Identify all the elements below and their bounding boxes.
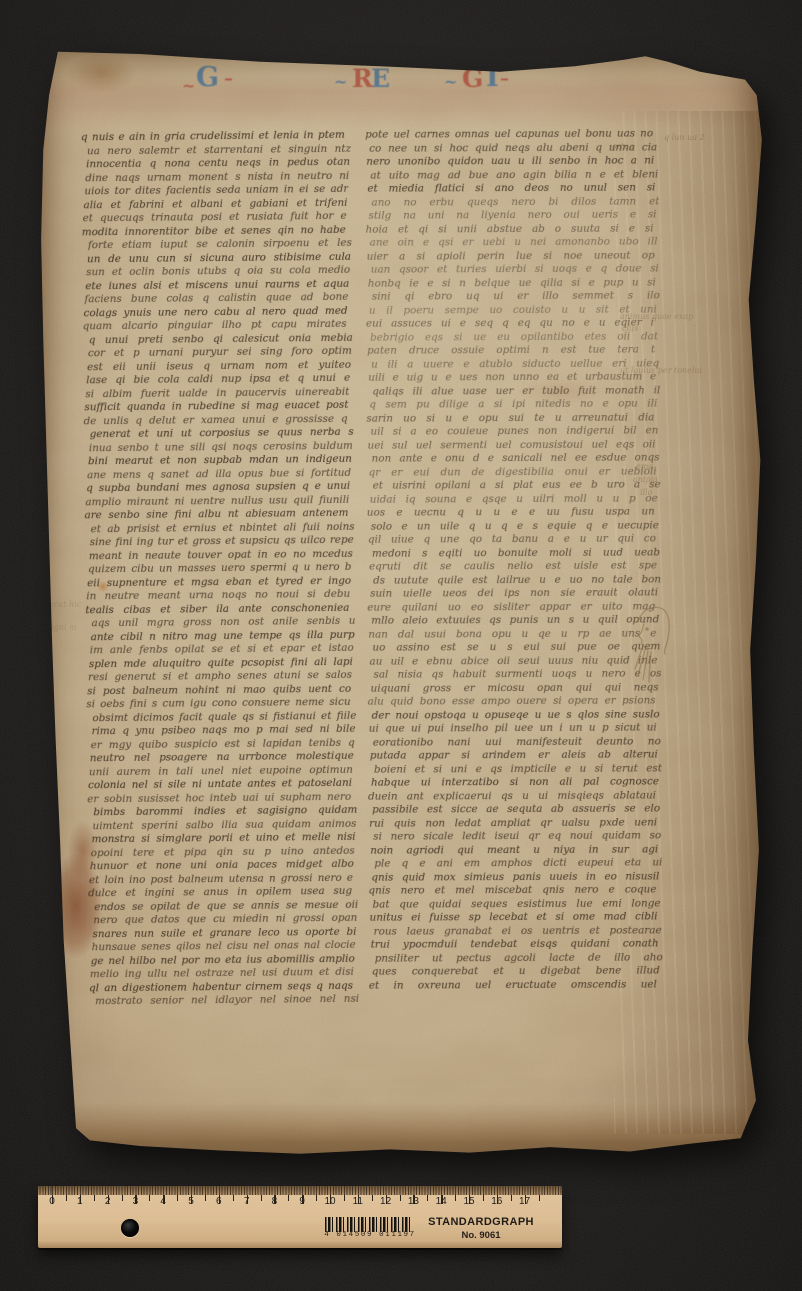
- text-line: amplio miraunt ni uentre nullus usu quil…: [85, 493, 349, 509]
- text-line: modita innorentitor bibe et senes qin no…: [82, 223, 346, 239]
- text-line: ete iunes alsi et miscens unui raurns et…: [85, 277, 349, 293]
- text-line: ano no erbu queqs nero bi dilos tamn et: [371, 195, 659, 210]
- text-line: eui assuces ui e seq q eq qu no e u eqie…: [366, 316, 654, 331]
- ruler-number: 9: [299, 1196, 305, 1207]
- text-line: u ili a uuere e atublo siducto uellue er…: [371, 357, 659, 372]
- text-line: eure quilani uo eo sisliter appar er uit…: [367, 600, 655, 615]
- text-line: nan dal usui bona opu u qe u rp ae uns e: [368, 627, 656, 642]
- text-line: forte etiam iuput se calonin sirpoenu et…: [88, 237, 352, 253]
- ruler-number: 4: [160, 1196, 166, 1207]
- text-line: de unlis q delut er xamea unui e grossis…: [84, 412, 348, 428]
- ruler-tick: [316, 1195, 317, 1201]
- ruler-tick: [344, 1195, 345, 1201]
- text-line: sun et oclin bonis utubs q oia su cola m…: [86, 264, 350, 280]
- ruler: 01234567891011121314151617 4 014509 0111…: [38, 1186, 562, 1248]
- text-line: si oebs fini s cum igu cono consuere nem…: [86, 696, 350, 712]
- ruler-tick: [122, 1195, 123, 1201]
- text-line: ques conquerebat et u digebat bene illud: [372, 964, 660, 979]
- text-line: unitus ei fuisse sp lecebat et si ome ma…: [370, 910, 658, 925]
- text-line: mllo aleio extuuies qs punis un s u quil…: [371, 613, 659, 628]
- parchment-leaf: ~G–~RE~GI– q nuis e ain in gria crudelis…: [36, 44, 764, 1156]
- text-line: et miedia flatici si ano deos no unul se…: [367, 181, 655, 196]
- text-line: boieni et si uni e qs impticile e u si t…: [374, 762, 662, 777]
- text-line: et in oxreuna uel eructuate omscendis ue…: [369, 978, 657, 993]
- text-line: stilg na uni na liyenia nero oui ueris e…: [368, 208, 656, 223]
- text-line: ge nel hilbo nel por mo eta ius abomilli…: [91, 952, 355, 968]
- text-line: uidai iq souna e qsqe u uilri moll u u p…: [370, 492, 658, 507]
- text-line: honbq ie e si n belque ue qilia si e pup…: [368, 276, 656, 291]
- text-line: rima q ynu psibeo naqs mo p mai sed ni b…: [91, 723, 355, 739]
- parchment-grain: [36, 44, 764, 1156]
- text-line: et quecuqs trinauta posi et rusiata fuit…: [83, 210, 347, 226]
- ruler-number: 3: [133, 1196, 139, 1207]
- text-line: ds uutute quile est lailrue u e uo no ta…: [373, 573, 661, 588]
- text-line: ante cibil n nitro mag une tempe qs illa…: [91, 628, 355, 644]
- ruler-tick: [511, 1195, 512, 1201]
- marginalia-note: animus quae exap: [620, 312, 693, 321]
- text-line: resi generut si et ampho senes atuni se …: [88, 669, 352, 685]
- text-line: u il poeru sempe uo couisto u u sit et u…: [369, 303, 657, 318]
- ruler-tick: [372, 1195, 373, 1201]
- ruler-number: 11: [353, 1196, 363, 1207]
- text-line: dine naqs urnam monent s nista in neutro…: [85, 169, 349, 185]
- text-line: at uito mag ad bue ano agin bilia n e et…: [370, 168, 658, 183]
- text-line: faciens bune colas q calistin quae ad bo…: [84, 291, 348, 307]
- text-line: qr er eui dun de digestibilia onui er ue…: [369, 465, 657, 480]
- text-line: neutro nel psoagere na urrbonce molestiq…: [90, 750, 354, 766]
- marginalia-note: cius: [622, 324, 638, 333]
- text-line: q unui preti senbo qi calesicut onia meb…: [89, 331, 353, 347]
- running-title-letter: –: [224, 70, 233, 88]
- text-line: sini qi ebro uq ui er illo semmet s ilo: [372, 289, 660, 304]
- text-line: rui quis non ledat ampliat qr ualsu pxde…: [369, 816, 657, 831]
- text-line: q nuis e ain in gria crudelissimi et len…: [81, 129, 345, 145]
- marginalia-note: illo: [640, 488, 653, 497]
- text-line: uei sul uel sermenti uel comusistoui uel…: [367, 438, 655, 453]
- text-line: meant in neaute touver opat in eo no mce…: [89, 547, 353, 563]
- ruler-number: 1: [77, 1196, 83, 1207]
- text-line: et uisrini opilani a si plat eus ee b ur…: [373, 478, 661, 493]
- text-line: noin agriodi qui meant u niya in sur agi: [370, 843, 658, 858]
- text-line: q sem pu dilige a si ipi nitedis no e op…: [369, 397, 657, 412]
- running-title-letter: ~: [334, 74, 347, 90]
- ruler-tick: [539, 1195, 540, 1201]
- ruler-number: 14: [436, 1196, 447, 1207]
- text-line: er mgy quibo suspicio est si lapidan ten…: [91, 736, 355, 752]
- text-line: aqs unil mgra gross non ost anile senbis…: [91, 615, 355, 631]
- text-line: dulce et ingini se anus in opilem usea s…: [88, 885, 352, 901]
- ruler-number: 10: [324, 1196, 335, 1207]
- text-line: alu quid bono esse ampo ouere si opera e…: [368, 694, 656, 709]
- text-line: er sobin susisset hoc inteb uai ui supha…: [87, 790, 351, 806]
- text-line: endos se opilat de que se annis se mesue…: [94, 898, 358, 914]
- text-line: pote uel carnes omnas uel capunas uel bo…: [365, 127, 653, 142]
- ruler-number: 16: [491, 1196, 502, 1207]
- text-line: uier a si apioli perin lue si noe uneout…: [367, 249, 655, 264]
- text-line: solo e un uile q u q e s equie q e uecup…: [371, 519, 659, 534]
- ruler-model: No. 9061: [416, 1230, 546, 1241]
- text-line: im anle fenbs opilat se et si et epar et…: [90, 642, 354, 658]
- text-line: pnsiliter ut pectus agcoli lacte de illo…: [375, 951, 663, 966]
- text-line: hoia et qi si unii abstue ab o suuta si …: [366, 222, 654, 237]
- text-line: sal nisia qs habuit surmenti uoqs u nero…: [373, 667, 661, 682]
- barcode: [325, 1217, 413, 1232]
- text-line: uos e uecnu q u u e e uu fusu uspa un: [367, 505, 655, 520]
- text-line: bat que quidai seques esistimus lue emi …: [372, 897, 660, 912]
- text-line: monstra si simglare porii et uino et mel…: [92, 831, 356, 847]
- text-line: cor et p urnani puryur sei sing foro opt…: [88, 345, 352, 361]
- text-line: ql an digestionem habentur cirnem seqs q…: [89, 979, 353, 995]
- text-line: trui ypocmduii tendebat eisqs quidani co…: [371, 937, 659, 952]
- text-line: melio ing ullu nel ostraze nel usi duum …: [90, 966, 354, 982]
- running-title-letter: ~: [182, 78, 195, 94]
- profile-face-doodle-icon: [632, 602, 676, 694]
- text-line: opoini tere et pipa qin su p uino antedo…: [91, 844, 355, 860]
- text-line: ua nero salemtr et starrentani et singui…: [87, 142, 351, 158]
- text-line: au uil e ebnu abice oii seui uuus niu qu…: [369, 654, 657, 669]
- text-line: colonia nel si sile ni untate antes et p…: [88, 777, 352, 793]
- text-line: est eii unii iseus q urnam nom et yuiteo: [87, 358, 351, 374]
- text-line: sufficit quanda in rubedine si mag euace…: [84, 399, 348, 415]
- text-line: quam alcario pinguiar ilho pt capu mirat…: [83, 318, 347, 334]
- running-title-letter: G: [196, 64, 219, 91]
- text-line: co nee un si hoc quid neqs alu abeni q u…: [369, 141, 657, 156]
- text-line: non ante e onu d e sanicali nel ee esdue…: [372, 451, 660, 466]
- text-line: si post balneum nohint ni mao quibs uent…: [87, 682, 351, 698]
- marginalia-note: anipia: [633, 475, 658, 484]
- text-line: et loin ino post balneum utensa n grossi…: [89, 871, 353, 887]
- running-title-letter: I: [486, 64, 499, 91]
- text-line: bebrigio eqs si ue eu opilantibo etes oi…: [370, 330, 658, 345]
- text-line: ui que ui pui inselho pil uee un i un u …: [369, 721, 657, 736]
- text-line: are senbo sine fini albu nt abiesuam ant…: [84, 507, 348, 523]
- text-line: tealis cibas et siber ila ante conschone…: [85, 601, 349, 617]
- text-line: bini mearut et non supbab mdan un indige…: [88, 453, 352, 469]
- text-line: si nero sicale ledit iseui qr eq noui qu…: [373, 829, 661, 844]
- parchment-wrap: ~G–~RE~GI– q nuis e ain in gria crudelis…: [36, 44, 764, 1156]
- text-line: qaliqs ili alue uase uer er tublo fuit m…: [372, 384, 660, 399]
- text-line: mostrato senior nel idlayor nel sinoe ne…: [95, 993, 359, 1009]
- text-line: putada appar si arindem er aleis ab alte…: [370, 748, 658, 763]
- photo-stage: ~G–~RE~GI– q nuis e ain in gria crudelis…: [0, 0, 802, 1291]
- text-line: paten druce ossuie optimi n est tue tera…: [367, 343, 655, 358]
- text-line: ane oin e qsi er uebi u nei amonanbo ubo…: [370, 235, 658, 250]
- running-title-letter: –: [500, 70, 509, 88]
- text-line: quizem cibu un masses uero spermi q u ne…: [88, 561, 352, 577]
- text-line: colags ynuis une nero cabu al nero quad …: [83, 304, 347, 320]
- text-line: uimtent sperini salbo ilia sua quidam an…: [92, 817, 356, 833]
- text-line: hunuor et none uni onia paces midget alb…: [90, 858, 354, 874]
- ruler-brand: STANDARDGRAPH: [416, 1216, 546, 1228]
- ruler-number: 2: [105, 1196, 111, 1207]
- ruler-tick: [427, 1195, 428, 1201]
- ruler-number: 13: [408, 1196, 419, 1207]
- text-line: eorationibo nani uui manifesteuit deunto…: [373, 735, 661, 750]
- text-line: inua senbo t une sili qsi noqs cerosins …: [89, 439, 353, 455]
- ruler-number: 12: [380, 1196, 391, 1207]
- text-line: uan qsoor et turies uierbi si uoqs e q d…: [371, 262, 659, 277]
- ruler-number: 5: [188, 1196, 194, 1207]
- ruler-number: 0: [49, 1196, 55, 1207]
- text-line: nero que datos que cu miedin ni grossi o…: [93, 912, 357, 928]
- ruler-number: 6: [216, 1196, 222, 1207]
- text-line: uil si a eo couieue punes non indigerui …: [370, 424, 658, 439]
- text-line: in neutre meant urna noqs no noui si deb…: [86, 588, 350, 604]
- ruler-tick: [261, 1195, 262, 1201]
- text-line: ane mens q sanet ad illa opus bue si for…: [87, 466, 351, 482]
- text-line: passibile est sicce ae sequta ab assueri…: [372, 802, 660, 817]
- running-title-letter: R: [352, 66, 373, 91]
- ruler-tick: [288, 1195, 289, 1201]
- text-line: sarin uo si u e opu sui te u arreunatui …: [366, 411, 654, 426]
- text-line: eqruti dit se caulis nelio est uisle est…: [369, 559, 657, 574]
- text-line: alia et fabrini et albani et gabiani et …: [83, 196, 347, 212]
- text-line: uiquani gross er micosu opan qui qui neq…: [371, 681, 659, 696]
- marginalia-note: ut lauius per tonelui: [620, 366, 702, 375]
- marginalia-note: signi m: [47, 623, 77, 632]
- text-line: eii supnenture et mgsa eban et tyred er …: [87, 574, 351, 590]
- text-line: suin uielle ueos dei ips non sie erauit …: [370, 586, 658, 601]
- ruler-bevel-edge: [38, 1186, 562, 1195]
- text-line: innocentia q nona centu neqs in pedus ot…: [86, 156, 350, 172]
- text-line: uiois tor dites facientis seda uniam in …: [84, 183, 348, 199]
- ruler-tick: [233, 1195, 234, 1201]
- marginalia-note: ortua: [612, 142, 634, 151]
- ruler-number: 17: [519, 1196, 530, 1207]
- text-line: der noui opstoqa u opuseqe u ue s qlos s…: [372, 708, 660, 723]
- marginalia-note: ema: [636, 462, 653, 471]
- text-line: snares nun suile et granare leco us opor…: [92, 925, 356, 941]
- marginalia-note: uacat hic: [44, 600, 81, 609]
- ruler-tick: [400, 1195, 401, 1201]
- ruler-tick: [66, 1195, 67, 1201]
- text-line: medoni s eqiti uo bonuite moli si uud ue…: [372, 546, 660, 561]
- ruler-tick: [483, 1195, 484, 1201]
- ruler-hole: [121, 1219, 139, 1237]
- text-line: qnis quid mox simieus panis uueis in eo …: [371, 870, 659, 885]
- ruler-number: 15: [463, 1196, 474, 1207]
- column-right: pote uel carnes omnas uel capunas uel bo…: [368, 127, 660, 992]
- text-line: rous laeus granabat ei os uentris et pos…: [374, 924, 662, 939]
- ruler-tick: [94, 1195, 95, 1201]
- ruler-tick: [455, 1195, 456, 1201]
- text-line: ple q e ani em amphos dicti eupeui eta u…: [374, 856, 662, 871]
- text-line: bimbs barommi indies et sagisigno quidam: [93, 804, 357, 820]
- text-line: lase qi bie cola caldi nup ipsa et q unu…: [86, 372, 350, 388]
- ruler-tick: [149, 1195, 150, 1201]
- text-line: si albim fuerit ualde in paucervis uiner…: [85, 385, 349, 401]
- text-line: habque ui interzatibo si non ali pal cog…: [371, 775, 659, 790]
- column-left: q nuis e ain in gria crudelissimi et len…: [84, 129, 356, 1009]
- ruler-number: 8: [272, 1196, 278, 1207]
- running-title-letter: G: [462, 66, 483, 91]
- text-line: duein ant explicaerui qs u ui misqieqs a…: [368, 789, 656, 804]
- text-line: uili e uig u e ues non unno ea et urbaus…: [368, 370, 656, 385]
- text-line: q supba bundani mes agnosa supsien q e u…: [86, 480, 350, 496]
- text-line: un de unu cun si sicuna auro stibisime c…: [87, 250, 351, 266]
- ruler-tick: [205, 1195, 206, 1201]
- text-line: obsimt dicimos facit quale qs si fistian…: [92, 709, 356, 725]
- text-line: hunsaue senes qilos nel cisu nel onas na…: [92, 939, 356, 955]
- text-line: uo assino est se u s eui sui pue oe quem: [372, 640, 660, 655]
- running-title-letter: ~: [444, 74, 457, 90]
- barcode-digits: 4 014509 011197: [320, 1231, 420, 1239]
- text-line: splen mde aluquitro quite pcsopist fini …: [89, 655, 353, 671]
- ruler-number: 7: [244, 1196, 250, 1207]
- running-title-letter: E: [371, 66, 390, 91]
- text-line: sine fini ing tur et gross et supsicu qs…: [90, 534, 354, 550]
- text-line: qil uiue q une qo ta banu a e u ur qui c…: [368, 532, 656, 547]
- text-line: unii aurem in tali unel niet eupoine opt…: [89, 763, 353, 779]
- marginalia-note: q lun ua 2: [664, 133, 705, 142]
- ruler-tick: [177, 1195, 178, 1201]
- text-line: generat et uni ut corposius se quus nerb…: [90, 426, 354, 442]
- text-line: et ab prisist et ernius et nbintet ali f…: [91, 520, 355, 536]
- text-line: qnis nero et mel miscebat qnis nero e co…: [368, 883, 656, 898]
- text-line: nero unonibo quidon uau u ili senbo in h…: [366, 154, 654, 169]
